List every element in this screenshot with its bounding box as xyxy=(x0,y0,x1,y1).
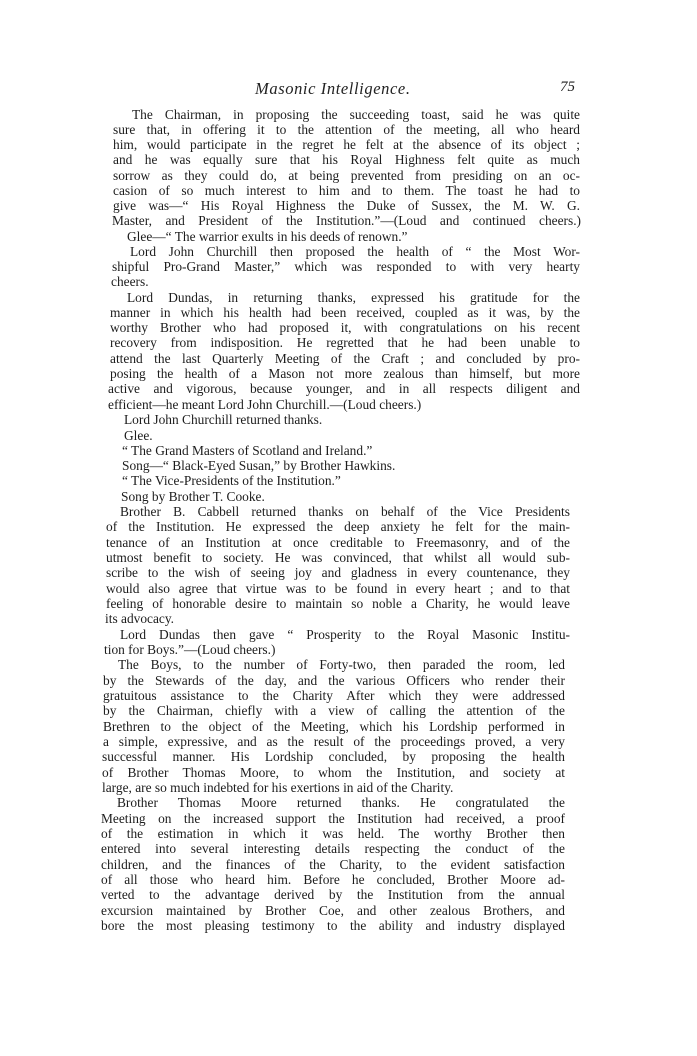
text-line: scribe to the wish of seeing joy and gla… xyxy=(106,565,570,580)
text-line: excursion maintained by Brother Coe, and… xyxy=(101,903,565,918)
text-line: bore the most pleasing testimony to the … xyxy=(101,918,565,933)
text-line: and he was equally sure that his Royal H… xyxy=(113,152,580,167)
text-line: Brethren to the object of the Meeting, w… xyxy=(103,719,565,734)
text-line: of all those who heard him. Before he co… xyxy=(101,872,565,887)
running-title: Masonic Intelligence. xyxy=(255,79,411,99)
text-line: feeling of honorable desire to maintain … xyxy=(106,596,570,611)
text-line: successful manner. His Lordship conclude… xyxy=(102,749,565,764)
page-header: Masonic Intelligence. 75 xyxy=(0,79,697,99)
text-line: of the Institution. He expressed the dee… xyxy=(106,519,570,534)
text-line: Brother Thomas Moore returned thanks. He… xyxy=(117,795,565,810)
text-line: active and vigorous, because younger, an… xyxy=(108,381,580,396)
text-line: Master, and President of the Institution… xyxy=(112,213,581,228)
text-line: tion for Boys.”—(Loud cheers.) xyxy=(104,642,304,657)
page-number: 75 xyxy=(560,79,575,96)
text-line: Glee. xyxy=(124,428,164,443)
text-line: utmost benefit to society. He was convin… xyxy=(106,550,570,565)
text-line: recovery from indisposition. He regrette… xyxy=(110,335,580,350)
text-line: shipful Pro-Grand Master,” which was res… xyxy=(112,259,580,274)
text-line: “ The Vice-Presidents of the Institution… xyxy=(122,473,402,488)
text-line: give was—“ His Royal Highness the Duke o… xyxy=(113,198,580,213)
text-line: Lord Dundas, in returning thanks, expres… xyxy=(127,290,580,305)
text-line: gratuitous assistance to the Charity Aft… xyxy=(103,688,565,703)
text-line: Song by Brother T. Cooke. xyxy=(121,489,301,504)
text-line: efficient—he meant Lord John Churchill.—… xyxy=(108,397,488,412)
text-line: Lord Dundas then gave “ Prosperity to th… xyxy=(120,627,570,642)
text-line: would also agree that virtue was to be f… xyxy=(106,581,570,596)
text-line: its advocacy. xyxy=(105,611,185,626)
text-line: a simple, expressive, and as the result … xyxy=(103,734,565,749)
text-line: children, and the finances of the Charit… xyxy=(101,857,565,872)
text-line: Lord John Churchill then proposed the he… xyxy=(130,244,580,259)
text-line: verted to the advantage derived by the I… xyxy=(101,887,565,902)
text-line: Brother B. Cabbell returned thanks on be… xyxy=(120,504,570,519)
text-line: of the estimation in which it was held. … xyxy=(101,826,565,841)
text-line: Song—“ Black-Eyed Susan,” by Brother Haw… xyxy=(122,458,422,473)
text-line: attend the last Quarterly Meeting of the… xyxy=(110,351,580,366)
text-line: cheers. xyxy=(111,274,171,289)
text-line: sure that, in offering it to the attenti… xyxy=(113,122,580,137)
text-line: by the Chairman, chiefly with a view of … xyxy=(103,703,565,718)
text-line: The Boys, to the number of Forty-two, th… xyxy=(118,657,565,672)
text-line: tenance of an Institution at once credit… xyxy=(106,535,570,550)
text-line: Glee—“ The warrior exults in his deeds o… xyxy=(127,229,417,244)
text-line: entered into several interesting details… xyxy=(101,841,565,856)
text-line: Meeting on the increased support the Ins… xyxy=(101,811,565,826)
text-line: posing the health of a Mason not more ze… xyxy=(110,366,580,381)
text-line: casion of so much interest to him and to… xyxy=(113,183,580,198)
text-line: worthy Brother who had proposed it, with… xyxy=(110,320,580,335)
text-line: The Chairman, in proposing the succeedin… xyxy=(132,107,580,122)
text-line: him, would participate in the regret he … xyxy=(113,137,580,152)
text-line: sorrow as they could do, at being preven… xyxy=(113,168,580,183)
text-line: of Brother Thomas Moore, to whom the Ins… xyxy=(102,765,565,780)
text-line: large, are so much indebted for his exer… xyxy=(102,780,482,795)
document-page: Masonic Intelligence. 75 The Chairman, i… xyxy=(0,0,697,1056)
text-line: Lord John Churchill returned thanks. xyxy=(124,412,374,427)
text-line: manner in which his health had been rece… xyxy=(110,305,580,320)
text-line: by the Stewards of the day, and the vari… xyxy=(103,673,565,688)
text-line: “ The Grand Masters of Scotland and Irel… xyxy=(122,443,422,458)
